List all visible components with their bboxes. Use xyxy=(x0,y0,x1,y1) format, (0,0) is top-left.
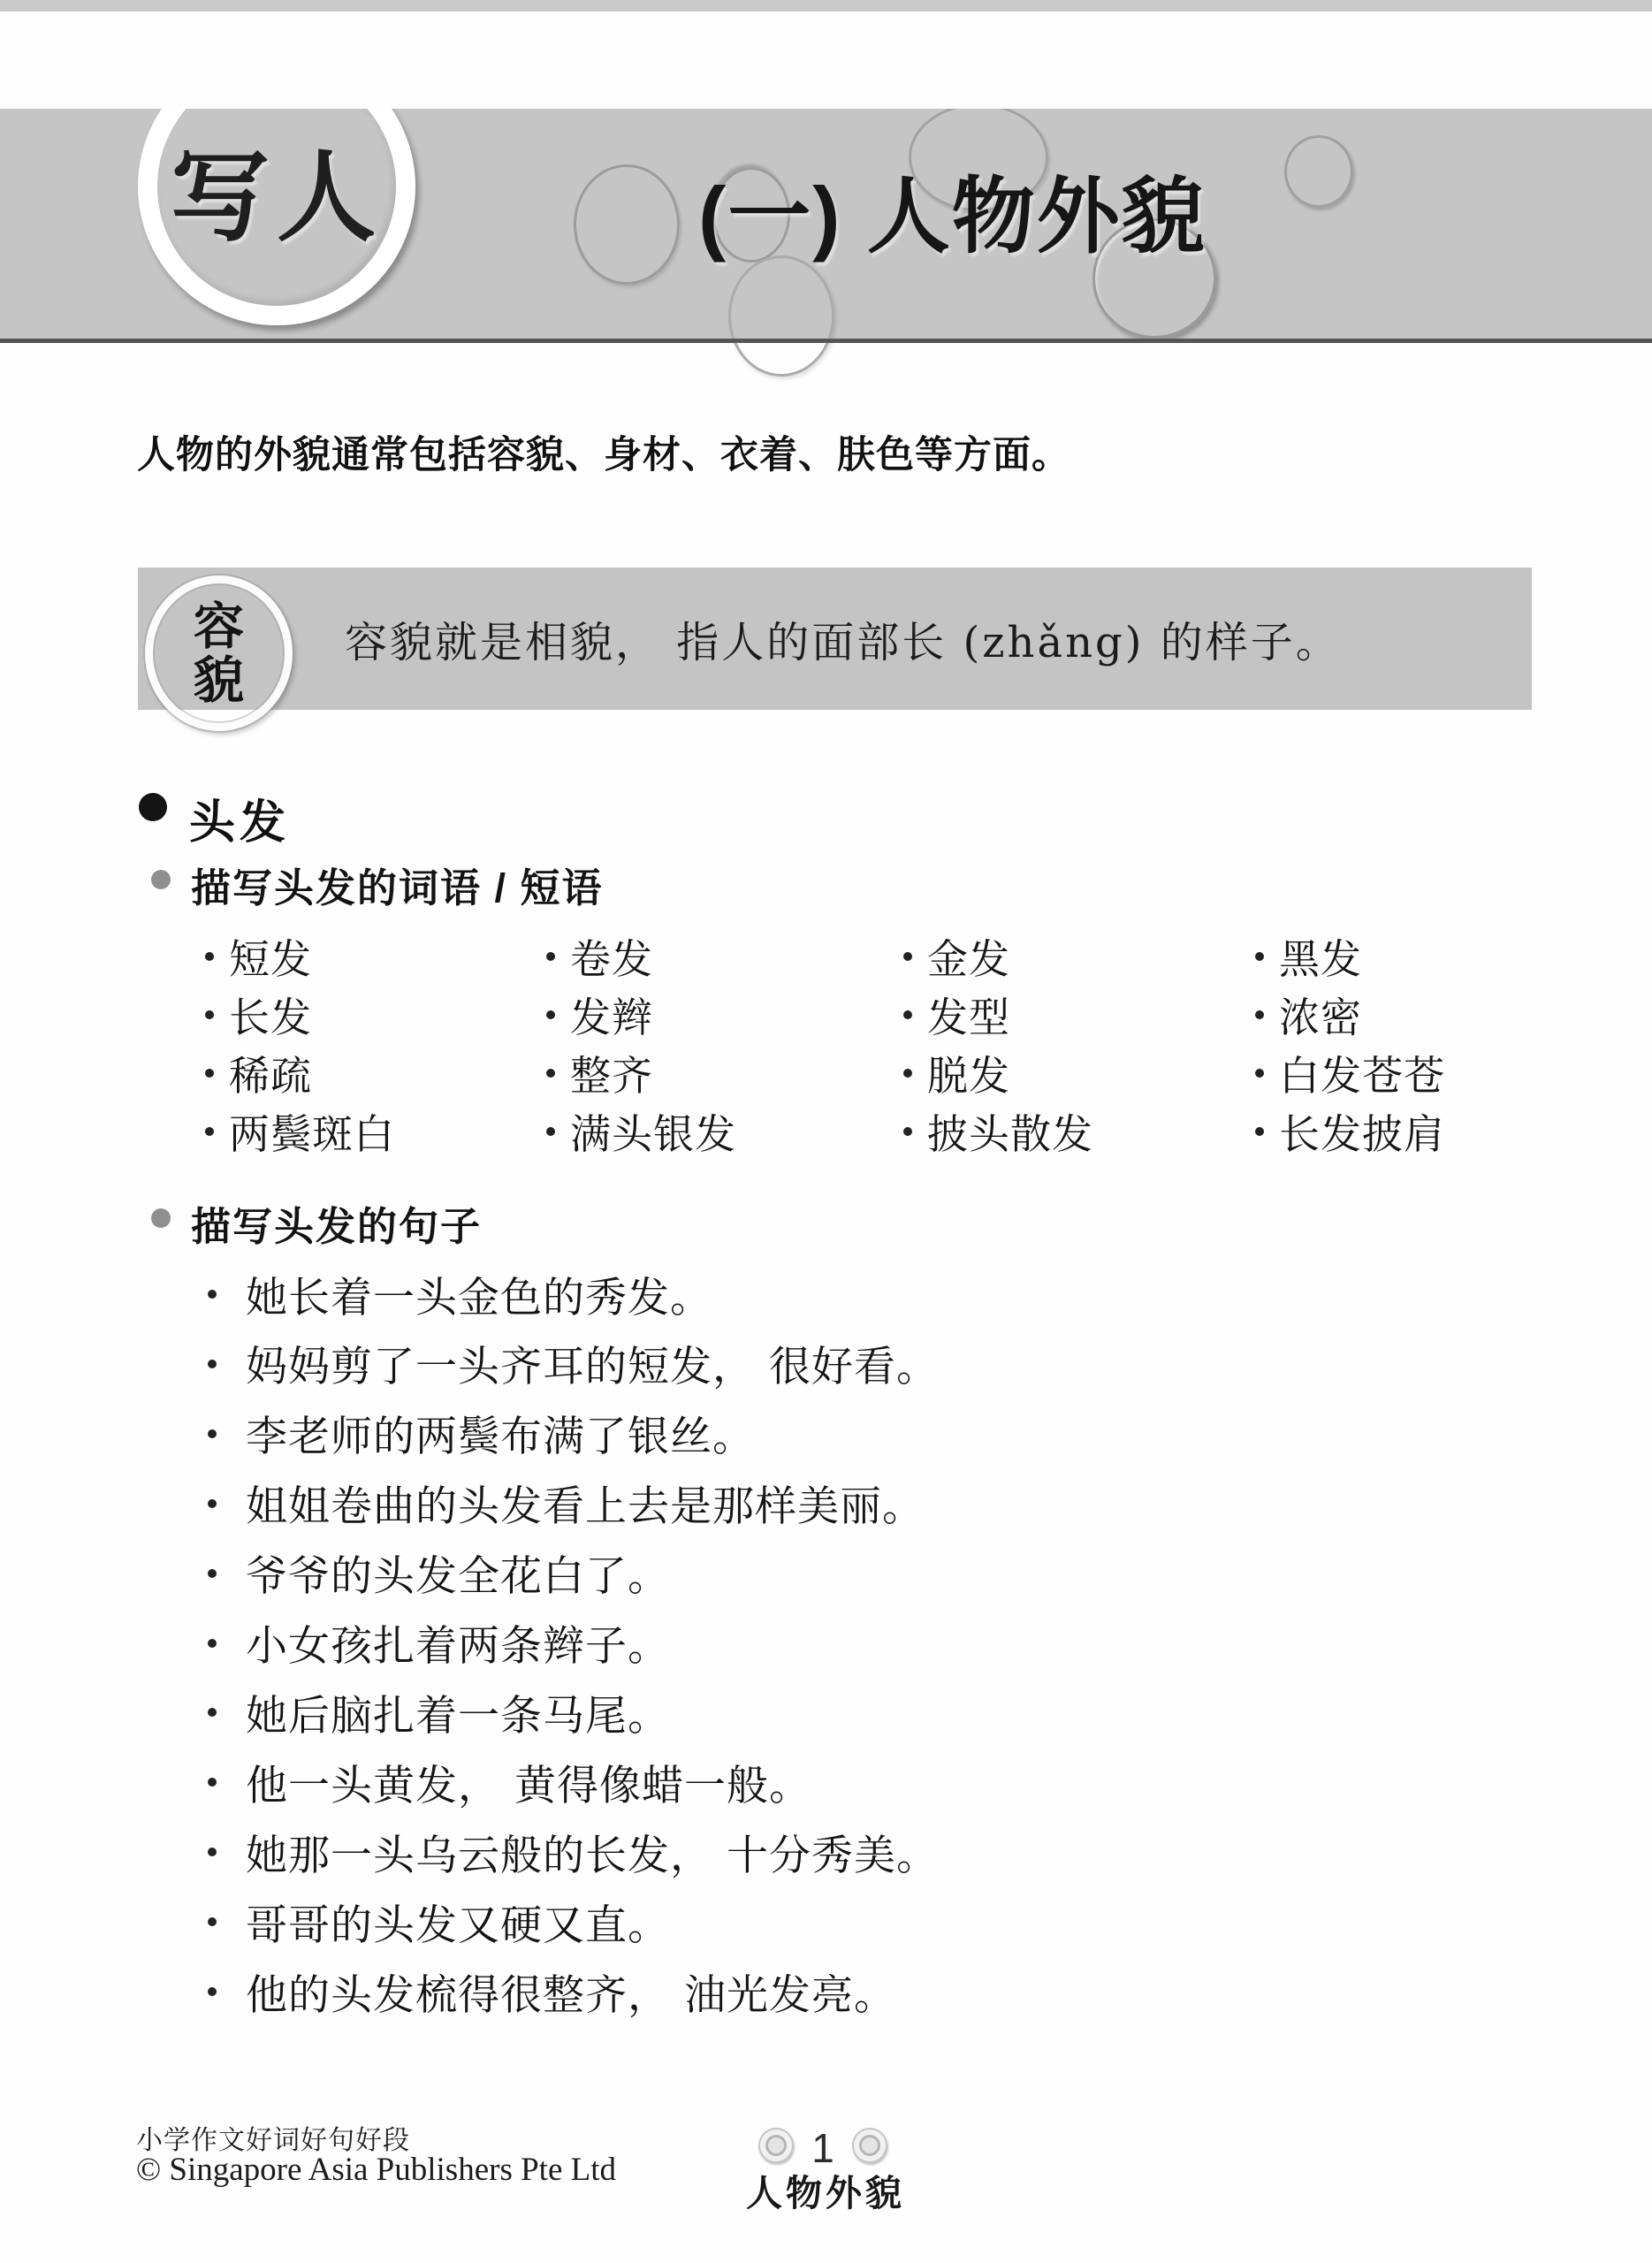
definition-badge-char-1: 容 xyxy=(194,599,244,653)
bullet-dot-icon xyxy=(208,1429,217,1438)
word-item: 黑发 xyxy=(1255,933,1362,979)
definition-box: 容 貌 容貌就是相貌， 指人的面部长 (zhǎng) 的样子。 xyxy=(138,568,1532,710)
subsection-bullet-icon xyxy=(151,1208,171,1228)
word-item: 发型 xyxy=(903,992,1010,1038)
bullet-dot-icon xyxy=(903,952,912,961)
sentence-text: 她长着一头金色的秀发。 xyxy=(246,1265,712,1324)
band-divider xyxy=(0,339,1652,343)
definition-badge-char-2: 貌 xyxy=(194,653,244,707)
bullet-dot-icon xyxy=(546,1127,555,1136)
word-item: 卷发 xyxy=(546,933,653,979)
sentence-text: 小女孩扎着两条辫子。 xyxy=(246,1613,670,1672)
sentence-text: 他的头发梳得很整齐， 油光发亮。 xyxy=(246,1962,896,2022)
page-number-ring-icon xyxy=(852,2128,887,2163)
sentence-item: 他一头黄发， 黄得像蜡一般。 xyxy=(208,1757,811,1807)
bullet-dot-icon xyxy=(1255,1127,1264,1136)
definition-text: 容貌就是相貌， 指人的面部长 (zhǎng) 的样子。 xyxy=(345,568,1341,710)
sentence-text: 哥哥的头发又硬又直。 xyxy=(246,1893,670,1952)
sentence-text: 她那一头乌云般的长发， 十分秀美。 xyxy=(246,1823,939,1882)
bullet-dot-icon xyxy=(546,952,555,961)
word-label: 稀疏 xyxy=(229,1044,312,1102)
bullet-dot-icon xyxy=(903,1127,912,1136)
footer-chapter-label: 人物外貌 xyxy=(728,2164,923,2216)
word-label: 满头银发 xyxy=(570,1102,736,1161)
bullet-dot-icon xyxy=(903,1010,912,1019)
bullet-dot-icon xyxy=(208,1778,217,1787)
textbook-page: 写人 (一) 人物外貌 人物的外貌通常包括容貌、身材、衣着、肤色等方面。 容 貌… xyxy=(0,0,1652,2263)
sentence-item: 爷爷的头发全花白了。 xyxy=(208,1549,670,1598)
sentence-text: 李老师的两鬓布满了银丝。 xyxy=(246,1404,755,1463)
scan-edge-strip xyxy=(0,0,1652,11)
sentence-item: 她那一头乌云般的长发， 十分秀美。 xyxy=(208,1827,939,1877)
word-item: 浓密 xyxy=(1255,992,1362,1038)
word-label: 卷发 xyxy=(570,927,653,986)
ring-inner xyxy=(859,2135,880,2156)
bullet-dot-icon xyxy=(205,1127,214,1136)
word-item: 两鬓斑白 xyxy=(205,1109,395,1154)
sentence-item: 哥哥的头发又硬又直。 xyxy=(208,1897,670,1947)
sentence-text: 妈妈剪了一头齐耳的短发， 很好看。 xyxy=(246,1334,939,1393)
bullet-dot-icon xyxy=(205,1010,214,1019)
bullet-dot-icon xyxy=(205,1069,214,1078)
word-label: 长发 xyxy=(229,986,312,1044)
sentence-item: 小女孩扎着两条辫子。 xyxy=(208,1619,670,1668)
word-item: 长发披肩 xyxy=(1255,1109,1445,1154)
words-heading: 描写头发的词语 / 短语 xyxy=(191,856,604,913)
sentence-item: 李老师的两鬓布满了银丝。 xyxy=(208,1409,755,1459)
intro-text: 人物的外貌通常包括容貌、身材、衣着、肤色等方面。 xyxy=(137,425,1070,479)
word-label: 浓密 xyxy=(1279,986,1362,1044)
footer-copyright: © Singapore Asia Publishers Pte Ltd xyxy=(136,2151,616,2189)
word-item: 整齐 xyxy=(546,1050,653,1096)
subsection-bullet-icon xyxy=(151,870,171,889)
word-label: 发辫 xyxy=(570,986,653,1044)
sentence-text: 她后脑扎着一条马尾。 xyxy=(246,1683,670,1742)
decorative-circle-icon xyxy=(728,255,834,377)
bullet-dot-icon xyxy=(208,1499,217,1508)
word-label: 黑发 xyxy=(1279,927,1362,986)
bullet-dot-icon xyxy=(1255,1069,1264,1078)
word-label: 发型 xyxy=(927,986,1010,1044)
word-label: 披头散发 xyxy=(927,1102,1093,1161)
decorative-circle-icon xyxy=(574,164,680,285)
word-label: 短发 xyxy=(229,927,312,986)
word-label: 金发 xyxy=(927,927,1010,986)
sentence-item: 姐姐卷曲的头发看上去是那样美丽。 xyxy=(208,1479,925,1528)
word-item: 金发 xyxy=(903,933,1010,979)
page-number-ring-icon xyxy=(758,2128,794,2163)
bullet-dot-icon xyxy=(546,1010,555,1019)
word-item: 白发苍苍 xyxy=(1255,1050,1445,1096)
bullet-dot-icon xyxy=(208,1708,217,1717)
definition-badge-ring: 容 貌 xyxy=(145,575,293,731)
section-bullet-icon xyxy=(139,793,167,821)
sentence-item: 她后脑扎着一条马尾。 xyxy=(208,1688,670,1737)
sentence-item: 妈妈剪了一头齐耳的短发， 很好看。 xyxy=(208,1339,939,1389)
section-title: 头发 xyxy=(189,785,290,851)
word-item: 短发 xyxy=(205,933,312,979)
bullet-dot-icon xyxy=(208,1917,217,1926)
bullet-dot-icon xyxy=(208,1360,217,1368)
word-label: 脱发 xyxy=(927,1044,1010,1102)
sentence-item: 她长着一头金色的秀发。 xyxy=(208,1269,712,1319)
bullet-dot-icon xyxy=(205,952,214,961)
bullet-dot-icon xyxy=(1255,1010,1264,1019)
word-item: 脱发 xyxy=(903,1050,1010,1096)
page-title: (一) 人物外貌 xyxy=(698,171,1317,263)
bullet-dot-icon xyxy=(208,1848,217,1856)
sentences-heading: 描写头发的句子 xyxy=(191,1194,482,1252)
bullet-dot-icon xyxy=(903,1069,912,1078)
word-item: 满头银发 xyxy=(546,1109,736,1154)
bullet-dot-icon xyxy=(1255,952,1264,961)
word-label: 白发苍苍 xyxy=(1279,1044,1445,1102)
word-item: 发辫 xyxy=(546,992,653,1038)
bullet-dot-icon xyxy=(208,1290,217,1299)
word-item: 长发 xyxy=(205,992,312,1038)
word-item: 披头散发 xyxy=(903,1109,1093,1154)
bullet-dot-icon xyxy=(208,1639,217,1648)
word-label: 整齐 xyxy=(570,1044,653,1102)
bullet-dot-icon xyxy=(546,1069,555,1078)
word-item: 稀疏 xyxy=(205,1050,312,1096)
chapter-badge-label: 写人 xyxy=(138,149,415,248)
bullet-dot-icon xyxy=(208,1569,217,1578)
sentence-text: 爷爷的头发全花白了。 xyxy=(246,1543,670,1603)
bullet-dot-icon xyxy=(208,1987,217,1996)
sentence-text: 姐姐卷曲的头发看上去是那样美丽。 xyxy=(246,1474,925,1533)
ring-inner xyxy=(765,2135,787,2156)
sentence-text: 他一头黄发， 黄得像蜡一般。 xyxy=(246,1753,811,1812)
word-label: 两鬓斑白 xyxy=(229,1102,395,1161)
sentence-item: 他的头发梳得很整齐， 油光发亮。 xyxy=(208,1967,896,2016)
word-label: 长发披肩 xyxy=(1279,1102,1445,1161)
